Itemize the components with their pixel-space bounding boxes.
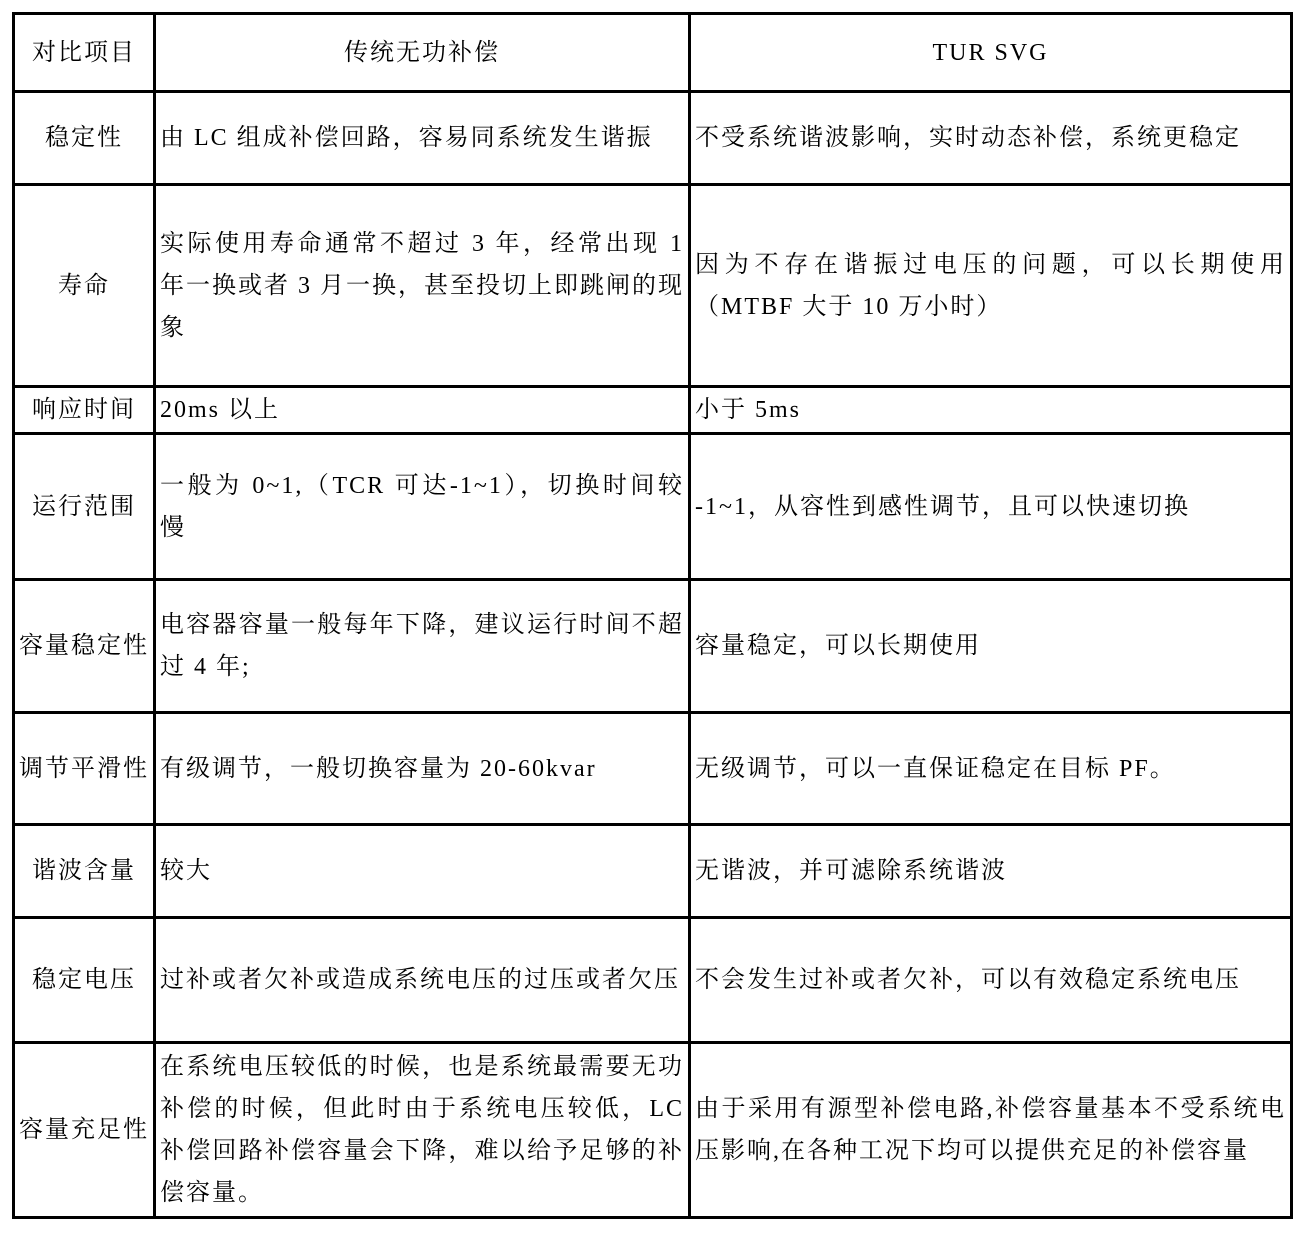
table-row: 稳定性 由 LC 组成补偿回路，容易同系统发生谐振 不受系统谐波影响，实时动态补… <box>14 92 1292 185</box>
header-item: 对比项目 <box>14 14 155 92</box>
table-row: 运行范围 一般为 0~1,（TCR 可达-1~1），切换时间较慢 -1~1，从容… <box>14 434 1292 580</box>
traditional-cell: 在系统电压较低的时候，也是系统最需要无功补偿的时候，但此时由于系统电压较低，LC… <box>155 1043 690 1218</box>
tur-svg-cell: 容量稳定，可以长期使用 <box>690 580 1292 713</box>
traditional-cell: 较大 <box>155 825 690 918</box>
traditional-cell: 由 LC 组成补偿回路，容易同系统发生谐振 <box>155 92 690 185</box>
row-header-cell: 稳定电压 <box>14 918 155 1043</box>
table-row: 寿命 实际使用寿命通常不超过 3 年，经常出现 1 年一换或者 3 月一换，甚至… <box>14 185 1292 387</box>
header-row: 对比项目 传统无功补偿 TUR SVG <box>14 14 1292 92</box>
row-header-cell: 寿命 <box>14 185 155 387</box>
traditional-cell: 实际使用寿命通常不超过 3 年，经常出现 1 年一换或者 3 月一换，甚至投切上… <box>155 185 690 387</box>
row-header-cell: 容量充足性 <box>14 1043 155 1218</box>
table-row: 稳定电压 过补或者欠补或造成系统电压的过压或者欠压 不会发生过补或者欠补，可以有… <box>14 918 1292 1043</box>
traditional-cell: 过补或者欠补或造成系统电压的过压或者欠压 <box>155 918 690 1043</box>
table-row: 容量稳定性 电容器容量一般每年下降，建议运行时间不超过 4 年; 容量稳定，可以… <box>14 580 1292 713</box>
comparison-table: 对比项目 传统无功补偿 TUR SVG 稳定性 由 LC 组成补偿回路，容易同系… <box>12 12 1293 1219</box>
traditional-cell: 一般为 0~1,（TCR 可达-1~1），切换时间较慢 <box>155 434 690 580</box>
document-page: 对比项目 传统无功补偿 TUR SVG 稳定性 由 LC 组成补偿回路，容易同系… <box>0 0 1300 1219</box>
header-traditional: 传统无功补偿 <box>155 14 690 92</box>
tur-svg-cell: 由于采用有源型补偿电路,补偿容量基本不受系统电压影响,在各种工况下均可以提供充足… <box>690 1043 1292 1218</box>
tur-svg-cell: 无谐波，并可滤除系统谐波 <box>690 825 1292 918</box>
tur-svg-cell: 不受系统谐波影响，实时动态补偿，系统更稳定 <box>690 92 1292 185</box>
tur-svg-cell: 无级调节，可以一直保证稳定在目标 PF。 <box>690 713 1292 825</box>
row-header-cell: 运行范围 <box>14 434 155 580</box>
header-tur-svg: TUR SVG <box>690 14 1292 92</box>
table-row: 响应时间 20ms 以上 小于 5ms <box>14 387 1292 434</box>
row-header-cell: 谐波含量 <box>14 825 155 918</box>
row-header-cell: 稳定性 <box>14 92 155 185</box>
row-header-cell: 容量稳定性 <box>14 580 155 713</box>
tur-svg-cell: 不会发生过补或者欠补，可以有效稳定系统电压 <box>690 918 1292 1043</box>
tur-svg-cell: 因为不存在谐振过电压的问题，可以长期使用（MTBF 大于 10 万小时） <box>690 185 1292 387</box>
table-row: 谐波含量 较大 无谐波，并可滤除系统谐波 <box>14 825 1292 918</box>
tur-svg-cell: -1~1，从容性到感性调节，且可以快速切换 <box>690 434 1292 580</box>
table-row: 容量充足性 在系统电压较低的时候，也是系统最需要无功补偿的时候，但此时由于系统电… <box>14 1043 1292 1218</box>
row-header-cell: 调节平滑性 <box>14 713 155 825</box>
table-row: 调节平滑性 有级调节，一般切换容量为 20-60kvar 无级调节，可以一直保证… <box>14 713 1292 825</box>
traditional-cell: 20ms 以上 <box>155 387 690 434</box>
row-header-cell: 响应时间 <box>14 387 155 434</box>
traditional-cell: 有级调节，一般切换容量为 20-60kvar <box>155 713 690 825</box>
tur-svg-cell: 小于 5ms <box>690 387 1292 434</box>
traditional-cell: 电容器容量一般每年下降，建议运行时间不超过 4 年; <box>155 580 690 713</box>
